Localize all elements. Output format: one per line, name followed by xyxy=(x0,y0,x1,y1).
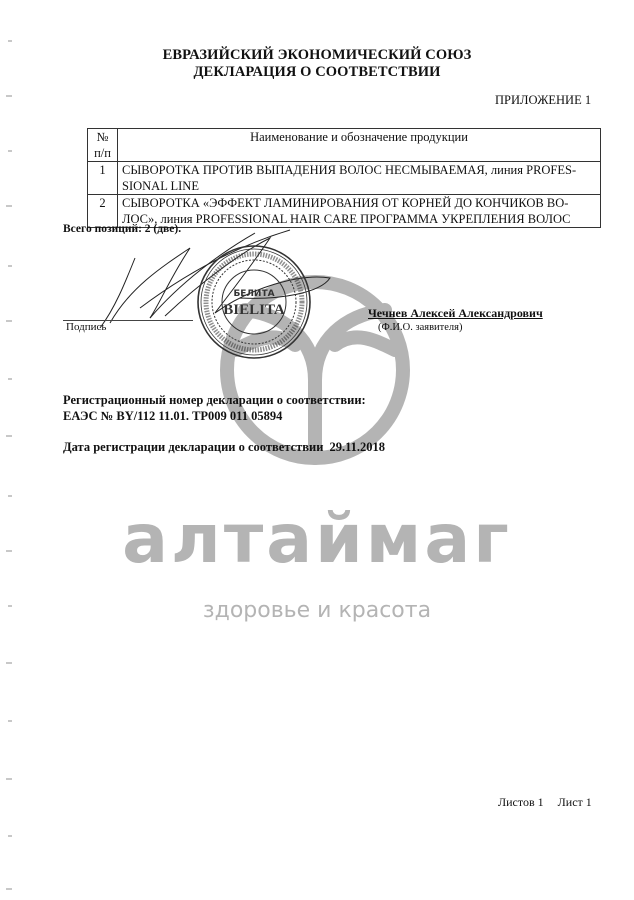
registration-date-label: Дата регистрации декларации о соответств… xyxy=(63,440,323,454)
header-name: Наименование и обозначение продукции xyxy=(118,129,601,162)
row-product-name: СЫВОРОТКА ПРОТИВ ВЫПАДЕНИЯ ВОЛОС НЕСМЫВА… xyxy=(118,162,601,195)
registration-date: 29.11.2018 xyxy=(329,440,385,454)
union-title: ЕВРАЗИЙСКИЙ ЭКОНОМИЧЕСКИЙ СОЮЗ xyxy=(0,47,634,64)
sheet-info: Листов 1Лист 1 xyxy=(498,795,592,810)
sheets-total: Листов 1 xyxy=(498,795,544,809)
signature-label: Подпись xyxy=(66,321,106,333)
stamp-top-text: БЕЛИТА xyxy=(233,289,274,299)
applicant-caption: (Ф.И.О. заявителя) xyxy=(378,322,463,333)
table-header-row: № п/п Наименование и обозначение продукц… xyxy=(88,129,601,162)
products-table: № п/п Наименование и обозначение продукц… xyxy=(87,128,601,228)
row-num: 1 xyxy=(88,162,118,195)
scan-margin-marks xyxy=(0,0,30,900)
watermark-brand: алтаймаг xyxy=(0,500,634,579)
row-product-name: СЫВОРОТКА «ЭФФЕКТ ЛАМИНИРОВАНИЯ ОТ КОРНЕ… xyxy=(118,195,601,228)
applicant-name: Чечнев Алексей Александрович xyxy=(368,306,543,321)
stamp-main-text: BIELITA xyxy=(223,302,285,318)
table-row: 1 СЫВОРОТКА ПРОТИВ ВЫПАДЕНИЯ ВОЛОС НЕСМЫ… xyxy=(88,162,601,195)
registration-number: ЕАЭС № BY/112 11.01. ТР009 011 05894 xyxy=(63,409,282,424)
company-stamp-icon: БЕЛИТА BIELITA xyxy=(196,244,312,360)
appendix-label: ПРИЛОЖЕНИЕ 1 xyxy=(495,93,591,108)
sheet-current: Лист 1 xyxy=(558,795,592,809)
registration-date-row: Дата регистрации декларации о соответств… xyxy=(63,440,385,455)
watermark-tagline: здоровье и красота xyxy=(0,598,634,623)
header-num: № п/п xyxy=(88,129,118,162)
registration-label: Регистрационный номер декларации о соотв… xyxy=(63,393,366,408)
declaration-title: ДЕКЛАРАЦИЯ О СООТВЕТСТВИИ xyxy=(0,64,634,81)
